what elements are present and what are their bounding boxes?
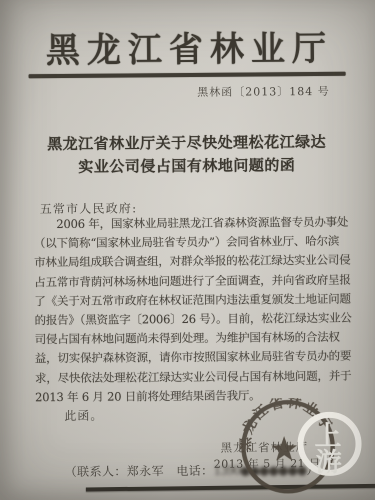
seal-arc-text: 黑龙江省林业厅: [239, 398, 335, 452]
title-line-1: 黑龙江省林业厅关于尽快处理松花江绿达: [0, 131, 374, 157]
body-line: 益，切实保护森林资源，请你市按照国家林业局驻省专员办的要: [35, 347, 353, 369]
body-line: 2006 年，国家林业局驻黑龙江省森林资源监督专员办事处: [34, 213, 352, 235]
contact-prefix: （联系人：郑永军 电话：: [65, 464, 214, 479]
letter-sheet: 黑龙江省林业厅 黑林函〔2013〕184 号 黑龙江省林业厅关于尽快处理松花江绿…: [0, 0, 375, 500]
closing-phrase: 此函。: [64, 407, 103, 424]
body-line: 了《关于对五常市政府在林权证范围内违法重复颁发土地证问题: [34, 290, 352, 312]
body-paragraph: 2006 年，国家林业局驻黑龙江省森林资源监督专员办事处（以下简称“国家林业局驻…: [34, 213, 353, 408]
body-line: 占五常市背荫河林场林地问题进行了全面调查，并向省政府呈报: [34, 270, 352, 292]
doc-number: 黑林函〔2013〕184 号: [197, 83, 330, 100]
body-line: 求，尽快依法处理松花江绿达实业公司侵占国有林地问题，并于: [35, 366, 353, 388]
body-line: 司侵占国有林地问题尚未得到处理。为维护国有林场的合法权: [35, 328, 353, 350]
document-title: 黑龙江省林业厅关于尽快处理松花江绿达 实业公司侵占国有林地问题的函: [0, 131, 374, 180]
letterhead-rule: [29, 72, 346, 78]
body-line: 的报告》（黑资监字〔2006〕26 号）。目前，松花江绿达实业公: [34, 309, 352, 331]
official-seal: 黑龙江省林业厅: [239, 398, 337, 496]
title-line-2: 实业公司侵占国有林地问题的函: [0, 154, 374, 180]
seal-star-icon: [271, 436, 297, 461]
body-line: （以下简称“国家林业局驻省专员办”）会同省林业厅、哈尔滨: [34, 232, 352, 254]
body-line: 市林业局组成联合调查组，对群众举报的松花江绿达实业公司侵: [34, 251, 352, 273]
svg-text:黑龙江省林业厅: 黑龙江省林业厅: [239, 398, 335, 452]
document-photo: 黑龙江省林业厅 黑林函〔2013〕184 号 黑龙江省林业厅关于尽快处理松花江绿…: [0, 0, 375, 500]
letterhead-org: 黑龙江省林业厅: [0, 21, 374, 73]
